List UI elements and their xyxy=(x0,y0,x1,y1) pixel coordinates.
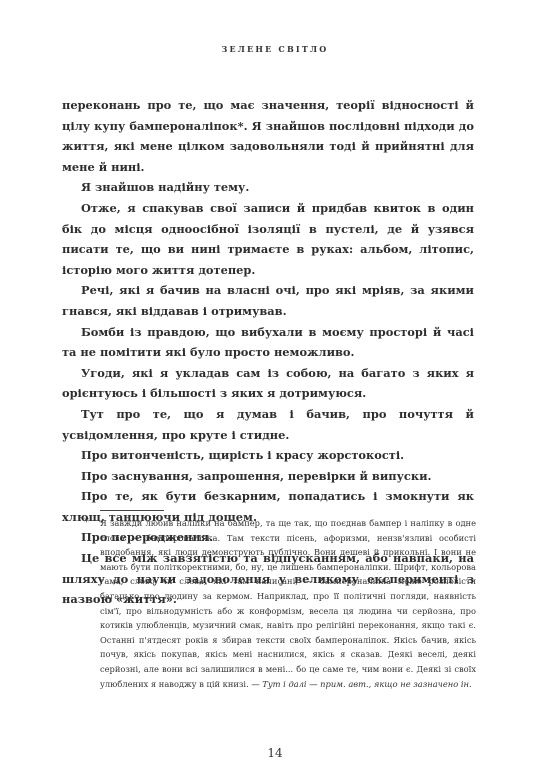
paragraph: Про заснування, запрошення, перевірки й … xyxy=(62,466,474,487)
paragraph: Угоди, які я укладав сам із собою, на ба… xyxy=(62,363,474,404)
footnote: * Я завжди любив наліпки на бампер, та щ… xyxy=(100,516,476,691)
footnote-marker: * xyxy=(84,516,89,531)
footnote-divider xyxy=(100,510,164,511)
page-number: 14 xyxy=(0,746,550,760)
paragraph: переконань про те, що має значення, теор… xyxy=(62,95,474,177)
footnote-text: Я завжди любив наліпки на бампер, та ще … xyxy=(100,518,476,689)
footnote-note: — Тут і далі — прим. авт., якщо не зазна… xyxy=(249,679,472,689)
running-head: ЗЕЛЕНЕ СВІТЛО xyxy=(0,44,550,54)
paragraph: Я знайшов надійну тему. xyxy=(62,177,474,198)
paragraph: Тут про те, що я думав і бачив, про почу… xyxy=(62,404,474,445)
paragraph: Бомби із правдою, що вибухали в моєму пр… xyxy=(62,322,474,363)
paragraph: Отже, я спакував свої записи й придбав к… xyxy=(62,198,474,280)
paragraph: Речі, які я бачив на власні очі, про які… xyxy=(62,280,474,321)
paragraph: Про витонченість, щирість і красу жорсто… xyxy=(62,445,474,466)
